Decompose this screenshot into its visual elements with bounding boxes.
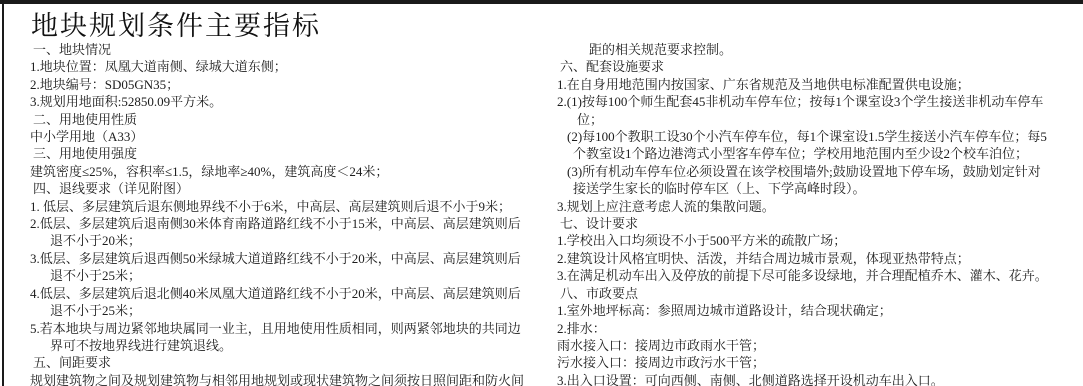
text-line: 3.规划用地面积:52850.09平方米。 (30, 93, 545, 110)
text-line: 四、退线要求（详见附图） (33, 180, 545, 197)
text-line: 3.出入口设置：可向西侧、南侧、北侧道路选择开设机动车出入口。 (557, 372, 1083, 386)
text-line: 1.室外地坪标高：参照周边城市道路设计，结合现状确定； (557, 302, 1083, 319)
text-line: (2)每100个教职工设30个小汽车停车位，每1个课室设1.5学生接送小汽车停车… (567, 128, 1083, 145)
page-title: 地块规划条件主要指标 (31, 4, 321, 43)
text-line: 七、设计要求 (560, 215, 1083, 232)
text-line: 规划建筑物之间及规划建筑物与相邻用地规划或现状建筑物之间须按日照间距和防火间 (30, 372, 545, 386)
text-line: 三、用地使用强度 (33, 145, 545, 162)
left-column: 一、地块情况1.地块位置：凤凰大道南侧、绿城大道东侧；2.地块编号：SD05GN… (30, 41, 545, 386)
text-line: 二、用地使用性质 (33, 111, 545, 128)
text-line: 退不小于20米； (50, 232, 545, 249)
text-line: 2.排水： (557, 320, 1083, 337)
text-line: 中小学用地（A33） (30, 128, 545, 145)
text-line: (3)所有机动车停车位必须设置在该学校围墙外;鼓励设置地下停车场，鼓励划定针对 (567, 163, 1083, 180)
text-line: 位； (577, 111, 1083, 128)
text-line: 建筑密度≤25%，容积率≤1.5，绿地率≥40%，建筑高度＜24米； (30, 163, 545, 180)
text-line: 1. 低层、多层建筑后退东侧地界线不小于6米，中高层、高层建筑则后退不小于9米； (30, 198, 545, 215)
text-line: 距的相关规范要求控制。 (589, 41, 1083, 58)
text-line: 2.地块编号：SD05GN35； (30, 76, 545, 93)
right-column: 距的相关规范要求控制。六、配套设施要求1.在自身用地范围内按国家、广东省规范及当… (557, 41, 1083, 386)
text-line: 个教室设1个路边港湾式小型客车停车位；学校用地范围内至少设2个校车泊位； (573, 145, 1083, 162)
left-border-line (2, 4, 4, 386)
text-line: 1.学校出入口均须设不小于500平方米的疏散广场； (557, 232, 1083, 249)
text-line: 1.地块位置：凤凰大道南侧、绿城大道东侧； (30, 58, 545, 75)
text-line: 2.低层、多层建筑后退南侧30米体育南路道路红线不小于15米，中高层、高层建筑则… (30, 215, 545, 232)
text-line: 4.低层、多层建筑后退北侧40米凤凰大道道路红线不小于20米，中高层、高层建筑则… (30, 285, 545, 302)
text-line: 2.建筑设计风格宜明快、活泼，并结合周边城市景观，体现亚热带特点； (557, 250, 1083, 267)
text-line: 3.规划上应注意考虑人流的集散问题。 (557, 198, 1083, 215)
text-line: 接送学生家长的临时停车区（上、下学高峰时段）。 (573, 180, 1083, 197)
text-line: 五、间距要求 (33, 354, 545, 371)
text-line: 一、地块情况 (33, 41, 545, 58)
text-line: 3.低层、多层建筑后退西侧50米绿城大道道路红线不小于20米，中高层、高层建筑则… (30, 250, 545, 267)
text-line: 界可不按地界线进行建筑退线。 (50, 337, 545, 354)
text-line: 1.在自身用地范围内按国家、广东省规范及当地供电标准配置供电设施； (557, 76, 1083, 93)
text-line: 污水接入口：接周边市政污水干管； (557, 354, 1083, 371)
text-line: 雨水接入口：接周边市政雨水干管； (557, 337, 1083, 354)
text-line: 5.若本地块与周边紧邻地块属同一业主，且用地使用性质相同，则两紧邻地块的共同边 (30, 320, 545, 337)
text-line: 退不小于25米； (50, 302, 545, 319)
text-line: 2.(1)按每100个师生配套45非机动车停车位；按每1个课室设3个学生接送非机… (557, 93, 1083, 110)
planning-indicators-document: 地块规划条件主要指标 一、地块情况1.地块位置：凤凰大道南侧、绿城大道东侧；2.… (0, 0, 1083, 386)
text-line: 退不小于25米； (50, 267, 545, 284)
text-line: 3.在满足机动车出入及停放的前提下尽可能多设绿地，并合理配植乔木、灌木、花卉。 (557, 267, 1083, 284)
text-line: 八、市政要点 (560, 285, 1083, 302)
text-line: 六、配套设施要求 (560, 58, 1083, 75)
